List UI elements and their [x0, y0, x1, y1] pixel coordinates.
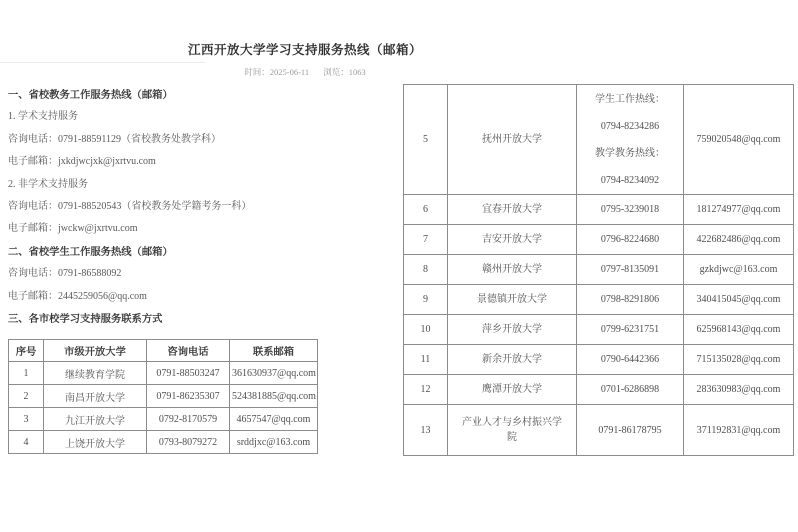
- paragraph-line: 咨询电话：0791-88591129（省校教务处教学科）: [8, 129, 396, 151]
- row-number-cell: 4: [9, 431, 44, 454]
- school-cell: 上饶开放大学: [44, 431, 147, 454]
- phone-line: 教学教务热线：: [579, 140, 681, 167]
- row-number-cell: 11: [404, 345, 448, 375]
- school-cell: 抚州开放大学: [448, 85, 577, 195]
- school-cell: 南昌开放大学: [44, 385, 147, 408]
- phone-line: 学生工作热线：: [579, 86, 681, 113]
- email-cell: srddjxc@163.com: [230, 431, 318, 454]
- row-number-cell: 6: [404, 195, 448, 225]
- school-name: 吉安开放大学: [482, 232, 542, 247]
- city-contacts-table-part2: 5抚州开放大学学生工作热线：0794-8234286教学教务热线：0794-82…: [403, 84, 794, 456]
- school-cell: 继续教育学院: [44, 362, 147, 385]
- table-row: 11新余开放大学0790-6442366715135028@qq.com: [404, 345, 794, 375]
- column-header: 市级开放大学: [44, 340, 147, 362]
- email-cell: 625968143@qq.com: [684, 315, 794, 345]
- phone-cell: 0792-8170579: [147, 408, 230, 431]
- phone-line: 0794-8234286: [579, 113, 681, 140]
- school-cell: 吉安开放大学: [448, 225, 577, 255]
- table-row: 7吉安开放大学0796-8224680422682486@qq.com: [404, 225, 794, 255]
- email-cell: 361630937@qq.com: [230, 362, 318, 385]
- table-row: 5抚州开放大学学生工作热线：0794-8234286教学教务热线：0794-82…: [404, 85, 794, 195]
- phone-cell: 0798-8291806: [577, 285, 684, 315]
- school-cell: 九江开放大学: [44, 408, 147, 431]
- school-cell: 鹰潭开放大学: [448, 375, 577, 405]
- school-name: 新余开放大学: [482, 352, 542, 367]
- row-number-cell: 7: [404, 225, 448, 255]
- school-name: 宜春开放大学: [482, 202, 542, 217]
- email-cell: 283630983@qq.com: [684, 375, 794, 405]
- row-number-cell: 1: [9, 362, 44, 385]
- header-divider: [0, 62, 205, 63]
- table-row: 1继续教育学院0791-88503247361630937@qq.com: [9, 362, 318, 385]
- phone-cell: 0797-8135091: [577, 255, 684, 285]
- email-cell: 371192831@qq.com: [684, 405, 794, 456]
- paragraph-line: 电子邮箱：jwckw@jxrtvu.com: [8, 218, 396, 240]
- paragraph-line: 2. 非学术支持服务: [8, 174, 396, 196]
- phone-cell: 0791-86235307: [147, 385, 230, 408]
- row-number-cell: 9: [404, 285, 448, 315]
- intro-paragraphs: 一、省校教务工作服务热线（邮箱）1. 学术支持服务咨询电话：0791-88591…: [8, 84, 396, 330]
- meta-date: 时间：2025-06-11: [244, 67, 309, 77]
- row-number-cell: 3: [9, 408, 44, 431]
- column-header: 联系邮箱: [230, 340, 318, 362]
- phone-cell: 0793-8079272: [147, 431, 230, 454]
- paragraph-line: 电子邮箱：2445259056@qq.com: [8, 286, 396, 308]
- school-name: 鹰潭开放大学: [482, 382, 542, 397]
- email-cell: 340415045@qq.com: [684, 285, 794, 315]
- school-cell: 赣州开放大学: [448, 255, 577, 285]
- article-page: 江西开放大学学习支持服务热线（邮箱） 时间：2025-06-11 浏览：1063…: [0, 0, 798, 532]
- school-cell: 景德镇开放大学: [448, 285, 577, 315]
- paragraph-line: 咨询电话：0791-86588092: [8, 263, 396, 285]
- row-number-cell: 5: [404, 85, 448, 195]
- column-header: 序号: [9, 340, 44, 362]
- email-cell: 181274977@qq.com: [684, 195, 794, 225]
- school-name: 萍乡开放大学: [482, 322, 542, 337]
- paragraph-line: 咨询电话：0791-88520543（省校教务处学籍考务一科）: [8, 196, 396, 218]
- email-cell: 715135028@qq.com: [684, 345, 794, 375]
- phone-cell: 0799-6231751: [577, 315, 684, 345]
- table-row: 13产业人才与乡村振兴学院0791-86178795371192831@qq.c…: [404, 405, 794, 456]
- email-cell: 422682486@qq.com: [684, 225, 794, 255]
- phone-cell: 0796-8224680: [577, 225, 684, 255]
- section-heading: 一、省校教务工作服务热线（邮箱）: [8, 84, 396, 106]
- school-cell: 萍乡开放大学: [448, 315, 577, 345]
- phone-cell: 0701-6286898: [577, 375, 684, 405]
- phone-cell: 0790-6442366: [577, 345, 684, 375]
- table-header-row: 序号市级开放大学咨询电话联系邮箱: [9, 340, 318, 362]
- school-cell: 产业人才与乡村振兴学院: [448, 405, 577, 456]
- table-row: 12鹰潭开放大学0701-6286898283630983@qq.com: [404, 375, 794, 405]
- row-number-cell: 10: [404, 315, 448, 345]
- article-meta: 时间：2025-06-11 浏览：1063: [0, 66, 610, 78]
- table-row: 4上饶开放大学0793-8079272srddjxc@163.com: [9, 431, 318, 454]
- city-contacts-table-part1: 序号市级开放大学咨询电话联系邮箱 1继续教育学院0791-88503247361…: [8, 339, 318, 454]
- email-cell: gzkdjwc@163.com: [684, 255, 794, 285]
- row-number-cell: 8: [404, 255, 448, 285]
- row-number-cell: 13: [404, 405, 448, 456]
- phone-line: 0794-8234092: [579, 167, 681, 194]
- phone-cell: 0795-3239018: [577, 195, 684, 225]
- table-row: 6宜春开放大学0795-3239018181274977@qq.com: [404, 195, 794, 225]
- meta-views: 浏览：1063: [323, 67, 366, 77]
- paragraph-line: 1. 学术支持服务: [8, 106, 396, 128]
- school-name: 抚州开放大学: [482, 132, 542, 147]
- row-number-cell: 2: [9, 385, 44, 408]
- email-cell: 4657547@qq.com: [230, 408, 318, 431]
- school-cell: 新余开放大学: [448, 345, 577, 375]
- phone-cell: 0791-86178795: [577, 405, 684, 456]
- page-title: 江西开放大学学习支持服务热线（邮箱）: [0, 40, 610, 58]
- email-cell: 524381885@qq.com: [230, 385, 318, 408]
- school-cell: 宜春开放大学: [448, 195, 577, 225]
- phone-cell: 学生工作热线：0794-8234286教学教务热线：0794-8234092: [577, 85, 684, 195]
- row-number-cell: 12: [404, 375, 448, 405]
- section-heading: 二、省校学生工作服务热线（邮箱）: [8, 241, 396, 263]
- phone-cell: 0791-88503247: [147, 362, 230, 385]
- email-cell: 759020548@qq.com: [684, 85, 794, 195]
- table-row: 9景德镇开放大学0798-8291806340415045@qq.com: [404, 285, 794, 315]
- school-name: 赣州开放大学: [482, 262, 542, 277]
- school-name: 景德镇开放大学: [477, 292, 547, 307]
- table-row: 3九江开放大学0792-81705794657547@qq.com: [9, 408, 318, 431]
- section-heading: 三、各市校学习支持服务联系方式: [8, 308, 396, 330]
- table-row: 2南昌开放大学0791-86235307524381885@qq.com: [9, 385, 318, 408]
- school-name: 产业人才与乡村振兴学院: [462, 415, 562, 445]
- paragraph-line: 电子邮箱：jxkdjwcjxk@jxrtvu.com: [8, 151, 396, 173]
- table-row: 8赣州开放大学0797-8135091gzkdjwc@163.com: [404, 255, 794, 285]
- table-row: 10萍乡开放大学0799-6231751625968143@qq.com: [404, 315, 794, 345]
- column-header: 咨询电话: [147, 340, 230, 362]
